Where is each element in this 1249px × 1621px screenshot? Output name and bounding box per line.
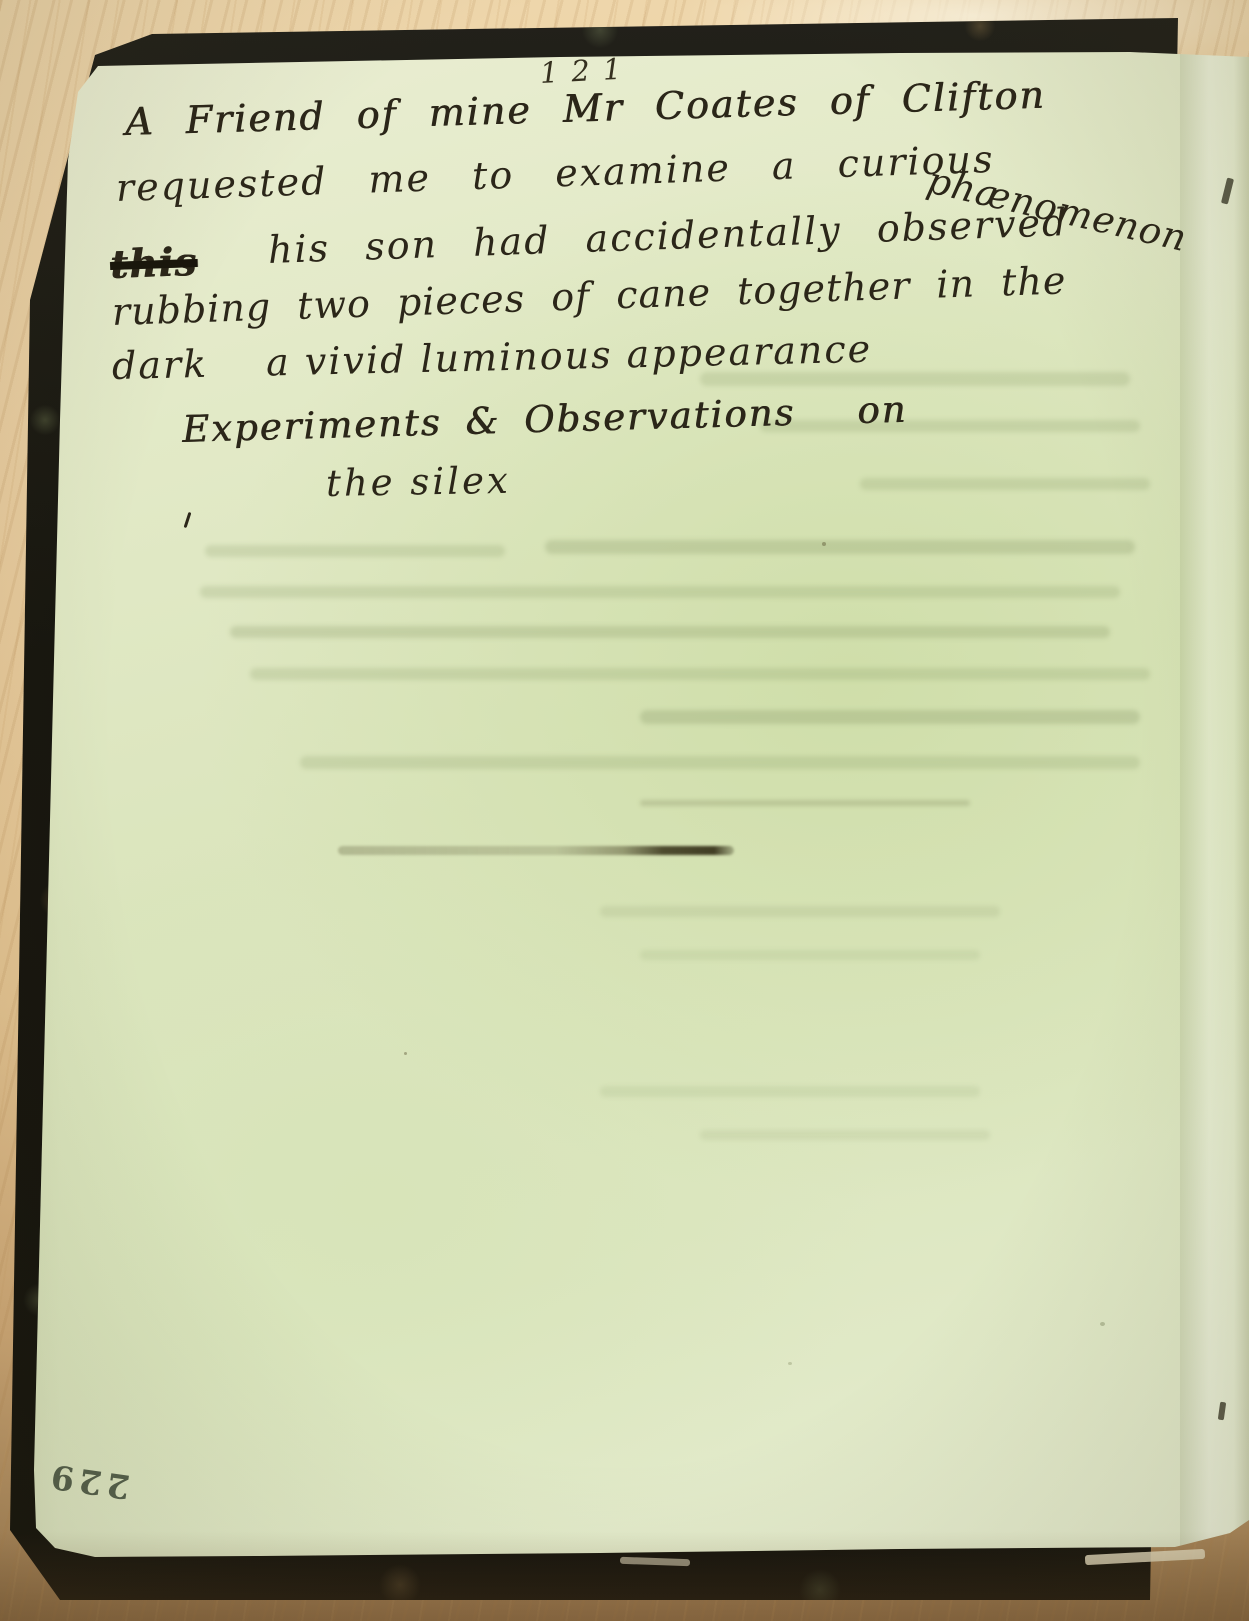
bleed-through-mark	[700, 1130, 990, 1140]
heading-line-1-main: Experiments & Observations	[181, 391, 795, 451]
word-gap	[796, 423, 858, 425]
paper-speck	[1100, 1322, 1105, 1326]
paper-speck	[788, 1362, 792, 1365]
bleed-through-mark	[860, 478, 1150, 490]
struck-out-word: this	[109, 239, 198, 288]
page-gutter-fold	[1180, 52, 1249, 1555]
bleed-through-mark	[600, 906, 1000, 917]
handwritten-line-3: his son had accidentally observed	[267, 200, 1069, 272]
table-shadow	[0, 1531, 1249, 1621]
archival-folio-number: 229	[44, 1456, 133, 1506]
handwritten-line-4: rubbing two pieces of cane together in t…	[111, 258, 1067, 334]
bleed-through-mark	[545, 540, 1135, 554]
handwritten-word-dark: dark	[112, 342, 209, 388]
bleed-through-mark	[700, 372, 1130, 386]
bleed-through-mark	[205, 545, 505, 557]
bleed-through-mark	[230, 626, 1110, 638]
paper-speck	[822, 542, 826, 546]
paper-speck	[404, 1052, 407, 1055]
bleed-through-mark	[250, 668, 1150, 680]
ink-smudge	[338, 846, 734, 855]
heading-line-2: the silex	[326, 459, 512, 505]
word-gap	[208, 375, 266, 376]
bleed-through-mark	[300, 756, 1140, 769]
bleed-through-mark	[640, 950, 980, 960]
stray-pen-mark	[184, 512, 192, 528]
ink-smudge-faint	[640, 800, 970, 806]
bleed-through-mark	[640, 710, 1140, 724]
handwritten-line-2: requested me to examine a curious	[115, 137, 995, 210]
bleed-through-mark	[600, 1086, 980, 1097]
heading-line-1-tail: on	[857, 388, 908, 432]
manuscript-page: 121 A Friend of mine Mr Coates of Clifto…	[0, 0, 1249, 1621]
bleed-through-mark	[200, 586, 1120, 598]
manuscript-photo: 121 A Friend of mine Mr Coates of Clifto…	[0, 0, 1249, 1621]
heading-line-1: Experiments & Observationson	[181, 388, 907, 451]
